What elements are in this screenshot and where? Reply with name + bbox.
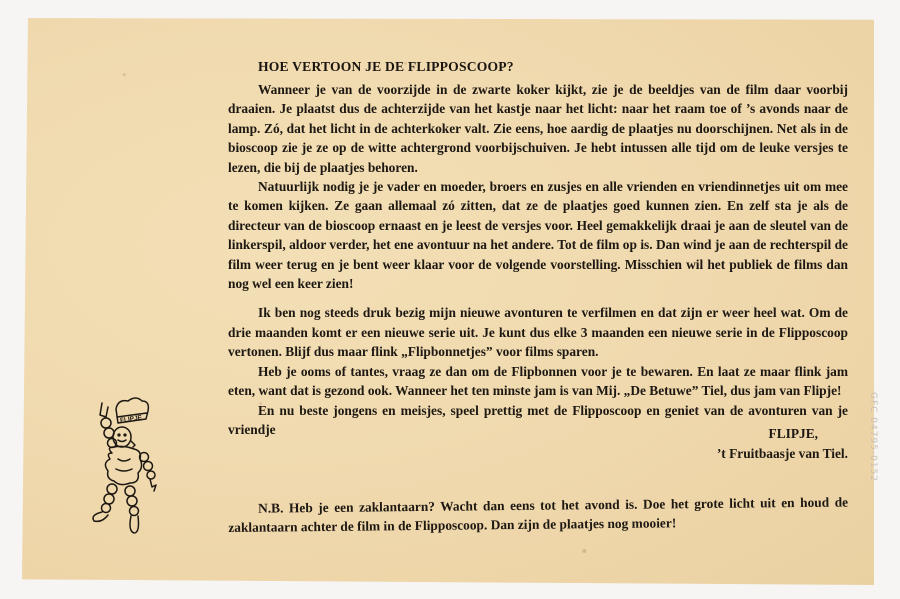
paragraph-1: Wanneer je van de voorzijde in de zwarte… — [228, 80, 848, 177]
signature-subtitle: ’t Fruitbaasje van Tiel. — [700, 444, 848, 464]
paragraph-4: Heb je ooms of tantes, vraag ze dan om d… — [228, 362, 848, 401]
flipje-mascot-icon: FLIPJE — [80, 395, 180, 545]
signature: FLIPJE, ’t Fruitbaasje van Tiel. — [700, 424, 848, 464]
nb-note: N.B. Heb je een zaklantaarn? Wacht dan e… — [228, 493, 848, 538]
body-text: Wanneer je van de voorzijde in de zwarte… — [228, 80, 848, 439]
nb-paragraph: N.B. Heb je een zaklantaarn? Wacht dan e… — [228, 493, 848, 538]
signature-name: FLIPJE, — [700, 424, 818, 444]
pencil-annotation: GFC 04795-0152 — [868, 392, 878, 482]
paragraph-2: Natuurlijk nodig je je vader en moeder, … — [228, 177, 848, 293]
paragraph-3: Ik ben nog steeds druk bezig mijn nieuwe… — [228, 303, 848, 361]
page-title: HOE VERTOON JE DE FLIPPOSCOOP? — [258, 59, 514, 75]
